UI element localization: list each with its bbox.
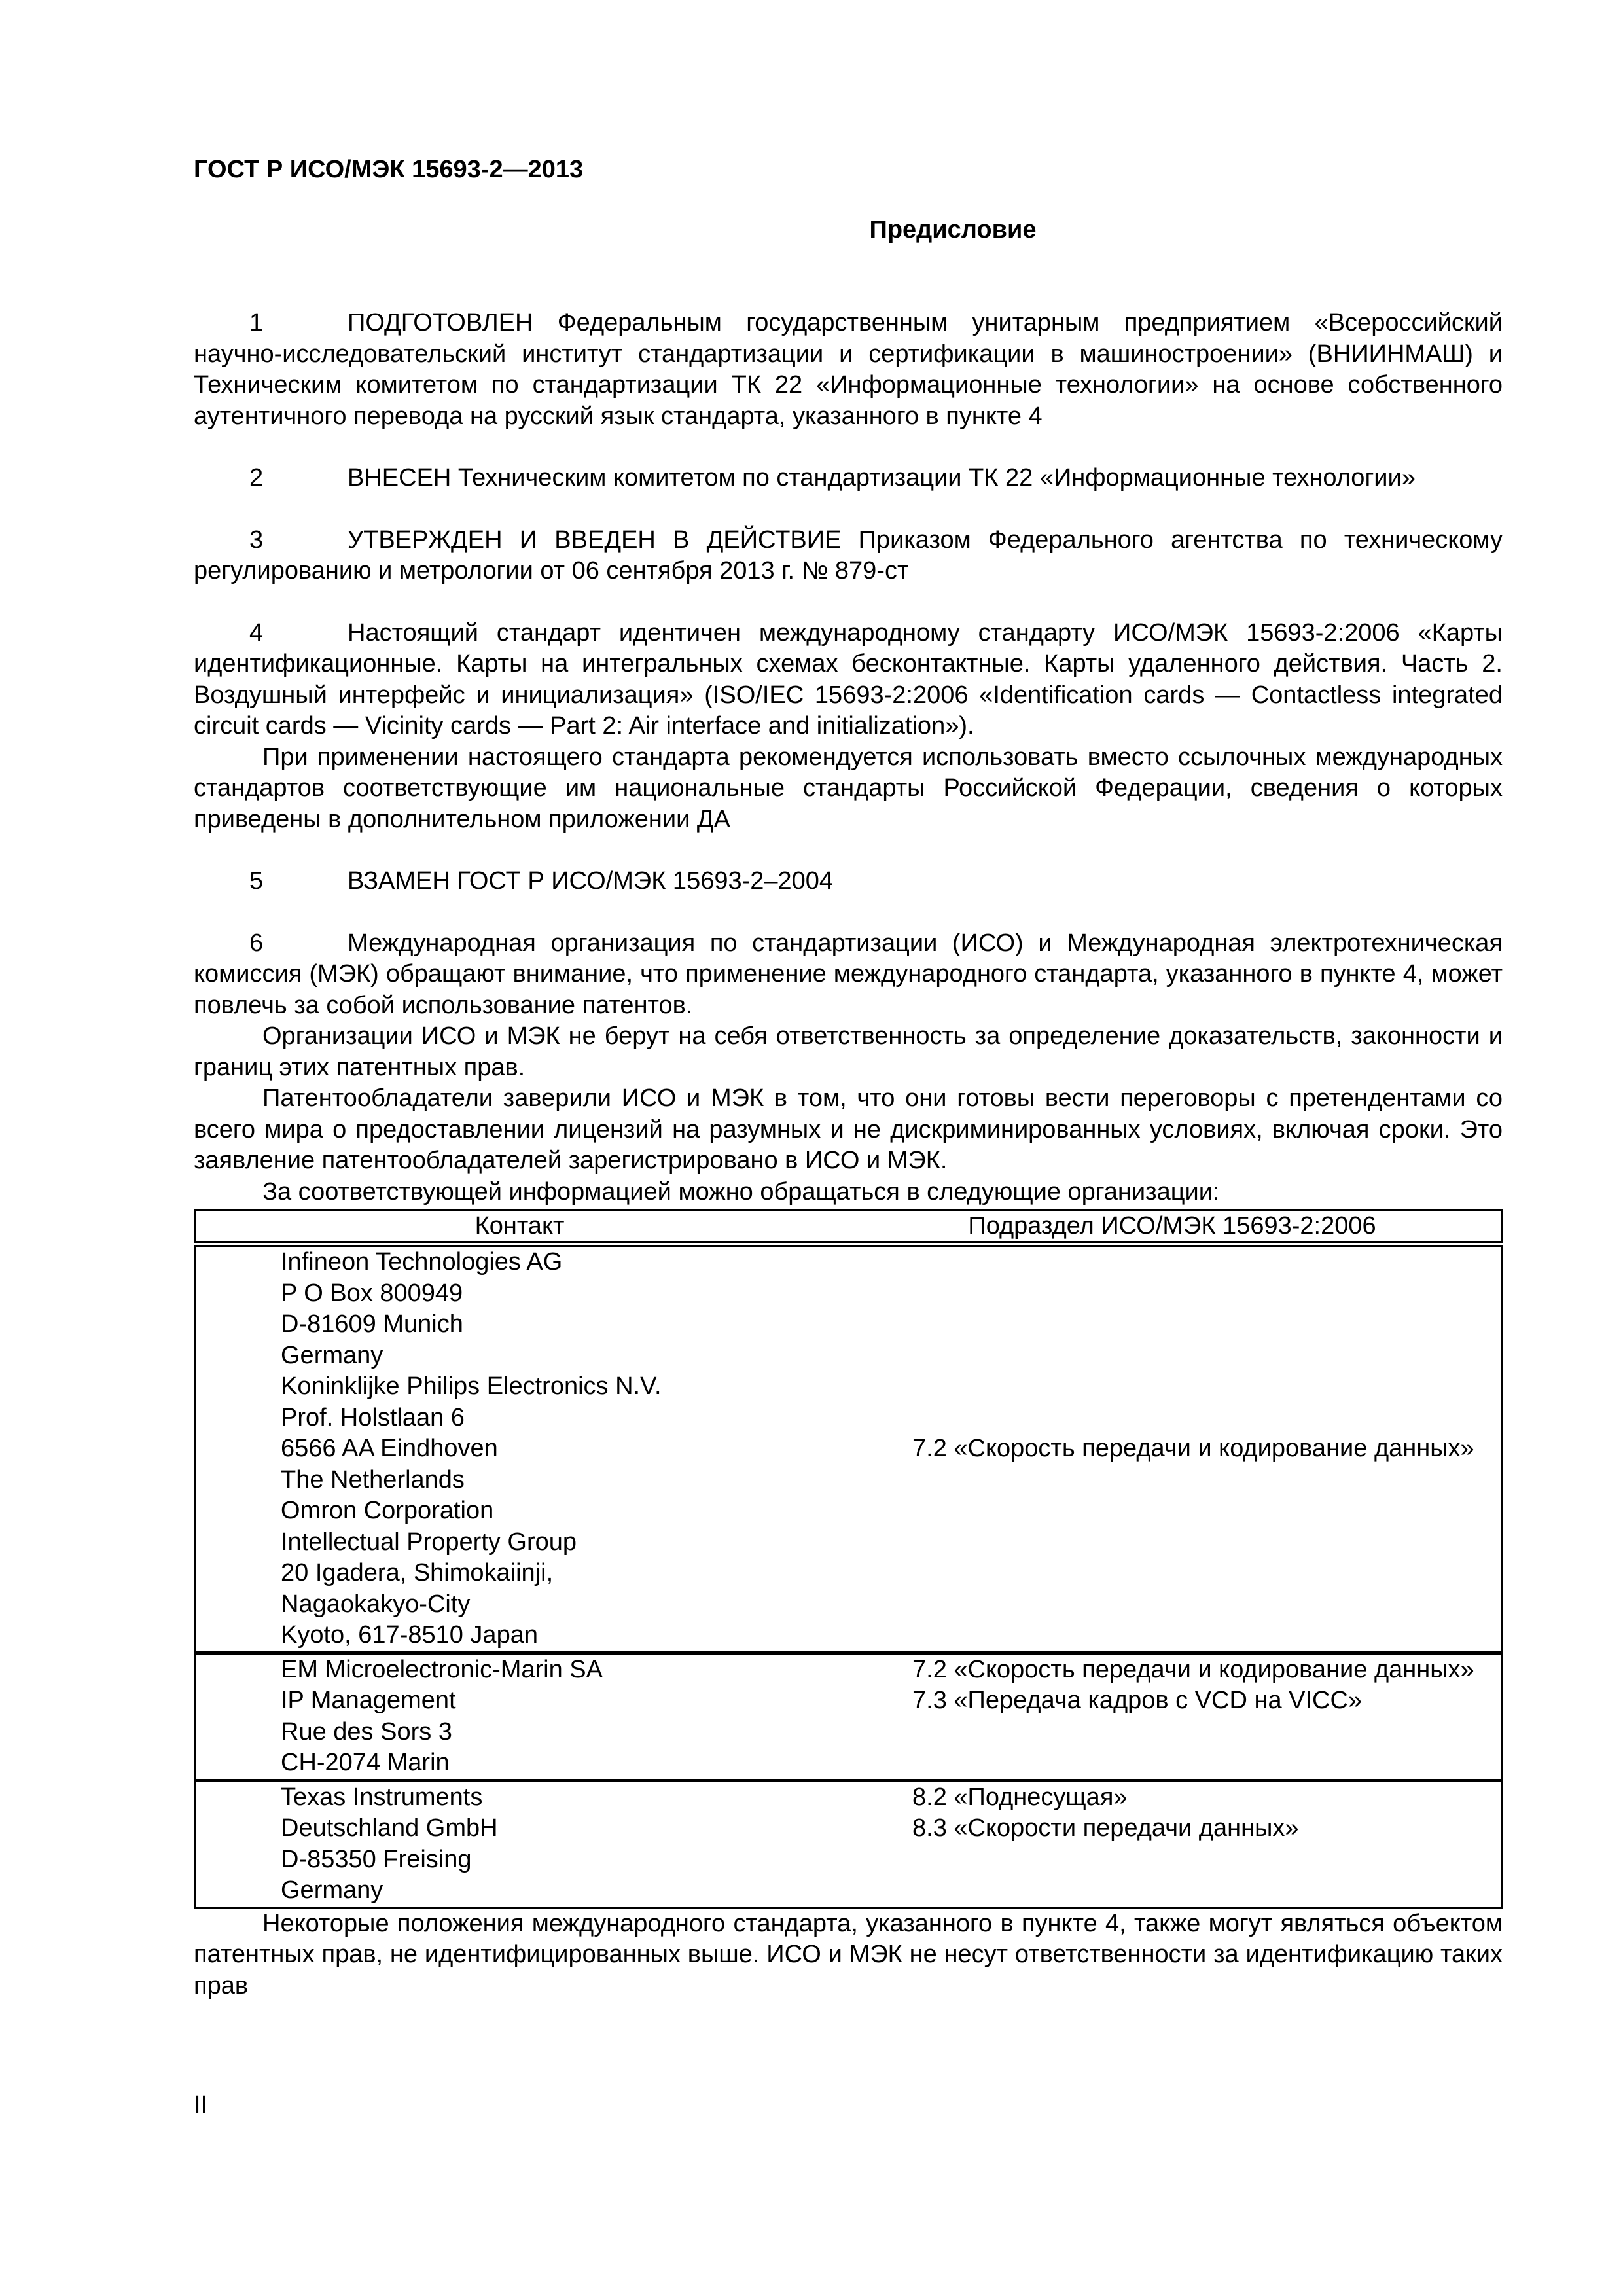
contact-line: Infineon Technologies AG bbox=[281, 1247, 844, 1278]
contact-line: CH-2074 Marin bbox=[281, 1748, 844, 1779]
foreword-item-2: 2ВНЕСЕН Техническим комитетом по стандар… bbox=[194, 463, 1503, 494]
column-header-subsection: Подраздел ИСО/МЭК 15693-2:2006 bbox=[844, 1210, 1502, 1244]
contact-line: Koninklijke Philips Electronics N.V. bbox=[281, 1371, 844, 1403]
contact-line: EM Microelectronic-Marin SA bbox=[281, 1655, 844, 1686]
item-text: ВНЕСЕН Техническим комитетом по стандарт… bbox=[348, 464, 1416, 492]
contact-line: Texas Instruments bbox=[281, 1782, 844, 1814]
item-paragraph: При применении настоящего стандарта реко… bbox=[194, 742, 1503, 836]
contact-line: P O Box 800949 bbox=[281, 1278, 844, 1310]
contact-line: Deutschland GmbH bbox=[281, 1813, 844, 1844]
item-text: Настоящий стандарт идентичен международн… bbox=[194, 619, 1503, 740]
table-header-row: Контакт Подраздел ИСО/МЭК 15693-2:2006 bbox=[195, 1210, 1502, 1244]
subsection-cell: 7.2 «Скорость передачи и кодирование дан… bbox=[844, 1244, 1502, 1653]
foreword-item-6: 6Международная организация по стандартиз… bbox=[194, 928, 1503, 1208]
column-header-contact: Контакт bbox=[195, 1210, 844, 1244]
item-number: 1 bbox=[194, 308, 348, 339]
page-number: II bbox=[194, 2091, 207, 2119]
patent-contacts-table: Контакт Подраздел ИСО/МЭК 15693-2:2006 I… bbox=[194, 1209, 1503, 1909]
contact-line: D-81609 Munich bbox=[281, 1309, 844, 1340]
foreword-item-1: 1ПОДГОТОВЛЕН Федеральным государственным… bbox=[194, 308, 1503, 432]
item-number: 3 bbox=[194, 525, 348, 556]
subsection-cell: 7.2 «Скорость передачи и кодирование дан… bbox=[844, 1653, 1502, 1780]
contact-line: Germany bbox=[281, 1875, 844, 1907]
contact-line: Prof. Holstlaan 6 bbox=[281, 1403, 844, 1434]
subsection-line: 7.2 «Скорость передачи и кодирование дан… bbox=[844, 1433, 1491, 1465]
foreword-item-5: 5ВЗАМЕН ГОСТ Р ИСО/МЭК 15693-2–2004 bbox=[194, 866, 1503, 897]
contact-line: 6566 AA Eindhoven bbox=[281, 1433, 844, 1465]
contact-cell: EM Microelectronic-Marin SA IP Managemen… bbox=[195, 1653, 844, 1780]
contact-line: IP Management bbox=[281, 1685, 844, 1717]
subsection-line: 8.3 «Скорости передачи данных» bbox=[844, 1813, 1491, 1844]
contact-line: Intellectual Property Group bbox=[281, 1527, 844, 1558]
subsection-line: 7.3 «Передача кадров с VCD на VICC» bbox=[844, 1685, 1491, 1717]
contact-line: The Netherlands bbox=[281, 1465, 844, 1496]
foreword-item-4: 4Настоящий стандарт идентичен международ… bbox=[194, 618, 1503, 836]
contact-cell: Texas Instruments Deutschland GmbH D-853… bbox=[195, 1780, 844, 1907]
document-code: ГОСТ Р ИСО/МЭК 15693-2—2013 bbox=[194, 156, 583, 184]
closing-paragraph: Некоторые положения международного станд… bbox=[194, 1909, 1503, 2002]
subsection-line: 8.2 «Поднесущая» bbox=[844, 1782, 1491, 1814]
table-row: Infineon Technologies AG P O Box 800949 … bbox=[195, 1244, 1502, 1653]
contact-cell: Infineon Technologies AG P O Box 800949 … bbox=[195, 1244, 844, 1653]
foreword-item-3: 3УТВЕРЖДЕН И ВВЕДЕН В ДЕЙСТВИЕ Приказом … bbox=[194, 525, 1503, 587]
contact-line: Omron Corporation bbox=[281, 1496, 844, 1527]
item-number: 4 bbox=[194, 618, 348, 649]
item-number: 5 bbox=[194, 866, 348, 897]
table-row: Texas Instruments Deutschland GmbH D-853… bbox=[195, 1780, 1502, 1907]
item-paragraph: Патентообладатели заверили ИСО и МЭК в т… bbox=[194, 1083, 1503, 1177]
contact-line: D-85350 Freising bbox=[281, 1844, 844, 1876]
item-text: Международная организация по стандартиза… bbox=[194, 929, 1503, 1019]
item-paragraph: За соответствующей информацией можно обр… bbox=[194, 1177, 1503, 1208]
item-text: ВЗАМЕН ГОСТ Р ИСО/МЭК 15693-2–2004 bbox=[348, 867, 833, 895]
contact-line: Nagaokakyo-City bbox=[281, 1589, 844, 1621]
contact-line: Rue des Sors 3 bbox=[281, 1717, 844, 1748]
item-number: 2 bbox=[194, 463, 348, 494]
item-text: УТВЕРЖДЕН И ВВЕДЕН В ДЕЙСТВИЕ Приказом Ф… bbox=[194, 526, 1503, 585]
contact-line: 20 Igadera, Shimokaiinji, bbox=[281, 1558, 844, 1589]
item-paragraph: Организации ИСО и МЭК не берут на себя о… bbox=[194, 1021, 1503, 1083]
section-heading: Предисловие bbox=[194, 216, 1503, 244]
item-number: 6 bbox=[194, 928, 348, 960]
contact-line: Germany bbox=[281, 1340, 844, 1372]
document-body: 1ПОДГОТОВЛЕН Федеральным государственным… bbox=[194, 308, 1503, 2001]
subsection-line: 7.2 «Скорость передачи и кодирование дан… bbox=[844, 1655, 1491, 1686]
contact-line: Kyoto, 617-8510 Japan bbox=[281, 1620, 844, 1651]
subsection-cell: 8.2 «Поднесущая» 8.3 «Скорости передачи … bbox=[844, 1780, 1502, 1907]
item-text: ПОДГОТОВЛЕН Федеральным государственным … bbox=[194, 309, 1503, 430]
table-row: EM Microelectronic-Marin SA IP Managemen… bbox=[195, 1653, 1502, 1780]
